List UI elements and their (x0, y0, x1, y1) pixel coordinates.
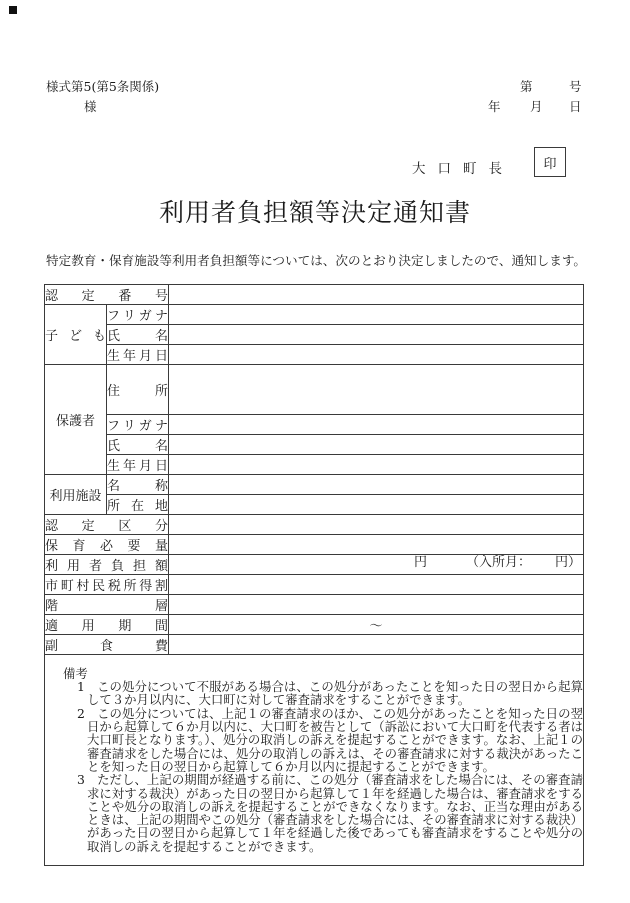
note-number-2: 2 (77, 707, 97, 720)
admission-month-open: （入所月： (466, 555, 531, 571)
note-item-3: 3ただし、上記の期間が経過する前に、この処分（審査請求をした場合には、その審査請… (45, 773, 583, 853)
child-furigana-value (169, 305, 584, 325)
note-text-3: ただし、上記の期間が経過する前に、この処分（審査請求をした場合には、その審査請求… (87, 772, 583, 853)
guardian-name-value (169, 435, 584, 455)
admission-month-close: 円） (555, 555, 581, 571)
note-number-1: 1 (77, 680, 97, 693)
municipal-tax-value-line2 (169, 595, 584, 615)
child-group-label: 子ども (45, 305, 107, 365)
guardian-name-label: 氏名 (107, 435, 169, 455)
guardian-birthdate-label: 生年月日 (107, 455, 169, 475)
child-birthdate-label: 生年月日 (107, 345, 169, 365)
note-item-2: 2この処分については、上記１の審査請求のほか、この処分があったことを知った日の翌… (45, 707, 583, 773)
facility-name-value (169, 475, 584, 495)
certification-number-value (169, 285, 584, 305)
applicable-period-value: 〜 (169, 615, 584, 635)
intro-text: 特定教育・保育施設等利用者負担額等については、次のとおり決定しましたので、通知し… (46, 250, 586, 269)
guardian-birthdate-value (169, 455, 584, 475)
form-code: 様式第5(第5条関係) (46, 80, 159, 94)
child-birthdate-value (169, 345, 584, 365)
document-page: 様式第5(第5条関係) 第 号 様 年 月 日 大口町長 印 利用者負担額等決定… (0, 0, 630, 903)
child-furigana-label: フリガナ (107, 305, 169, 325)
issuer-title: 大口町長 (412, 157, 514, 177)
date-month-label: 月 (530, 100, 543, 114)
facility-location-label: 所在地 (107, 495, 169, 515)
municipal-tax-label-line2: 階層 (45, 595, 169, 615)
certification-number-label: 認定番号 (45, 285, 169, 305)
note-text-1: この処分について不服がある場合は、この処分があったことを知った日の翌日から起算し… (87, 679, 583, 707)
addressee-honorific: 様 (84, 100, 97, 114)
guardian-furigana-value (169, 415, 584, 435)
childcare-required-amount-value (169, 535, 584, 555)
municipal-tax-value-line1 (169, 575, 584, 595)
note-number-3: 3 (77, 773, 97, 786)
user-burden-yen-unit: 円 (414, 555, 427, 571)
child-name-label: 氏名 (107, 325, 169, 345)
facility-name-label: 名称 (107, 475, 169, 495)
notes-cell: 備考 1この処分について不服がある場合は、この処分があったことを知った日の翌日か… (45, 655, 584, 866)
page-title: 利用者負担額等決定通知書 (0, 193, 630, 229)
guardian-group-label: 保護者 (45, 365, 107, 475)
guardian-address-label: 住所 (107, 365, 169, 415)
scan-artifact-mark (9, 6, 17, 14)
user-burden-label: 利用者負担額 (45, 555, 169, 575)
side-dish-fee-label: 副食費 (45, 635, 169, 655)
facility-location-value (169, 495, 584, 515)
date-year-label: 年 (488, 100, 501, 114)
side-dish-fee-value (169, 635, 584, 655)
guardian-furigana-label: フリガナ (107, 415, 169, 435)
guardian-address-value (169, 365, 584, 415)
date-day-label: 日 (569, 100, 582, 114)
childcare-required-amount-label: 保育必要量 (45, 535, 169, 555)
seal-label: 印 (543, 153, 556, 172)
note-item-1: 1この処分について不服がある場合は、この処分があったことを知った日の翌日から起算… (45, 680, 583, 707)
user-burden-value: 円 （入所月： 円） (169, 555, 584, 575)
certification-category-label: 認定区分 (45, 515, 169, 535)
notice-table: 認定番号 子ども フリガナ 氏名 生年月日 保護者 住所 フリガナ 氏名 (44, 284, 584, 866)
doc-number-suffix: 号 (569, 80, 582, 94)
municipal-tax-label-line1: 市町村民税所得割 (45, 575, 169, 595)
seal-box: 印 (534, 147, 566, 177)
note-text-2: この処分については、上記１の審査請求のほか、この処分があったことを知った日の翌日… (87, 706, 583, 774)
doc-number-prefix: 第 (520, 80, 533, 94)
facility-group-label: 利用施設 (45, 475, 107, 515)
certification-category-value (169, 515, 584, 535)
applicable-period-label: 適用期間 (45, 615, 169, 635)
child-name-value (169, 325, 584, 345)
